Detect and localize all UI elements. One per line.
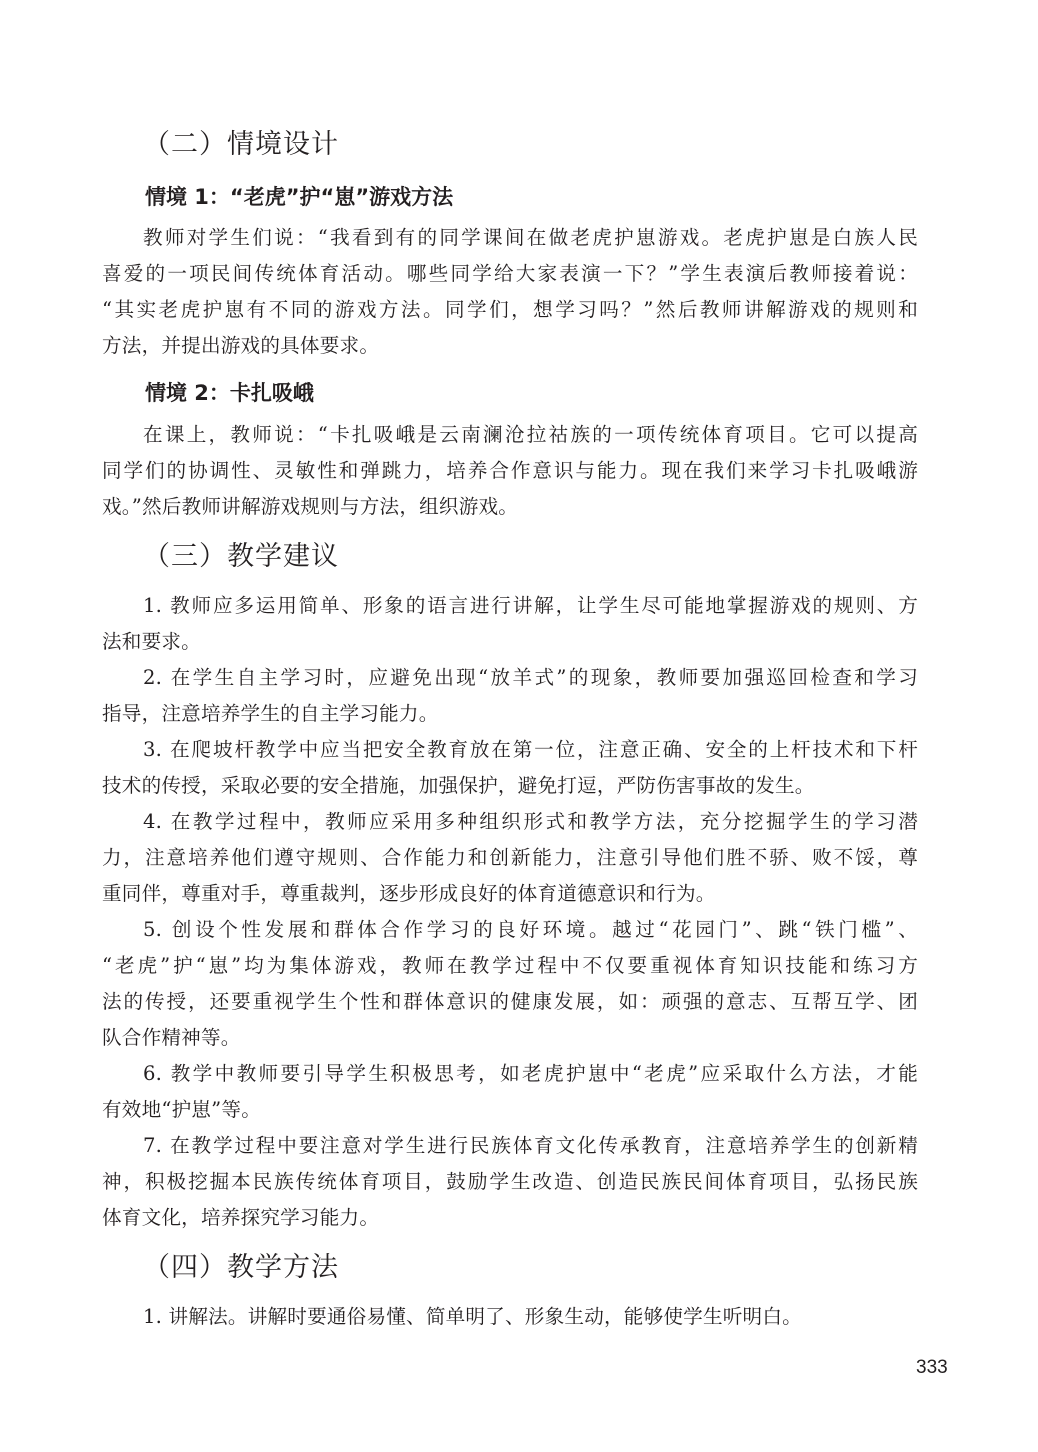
scenario-1-title: 情境 1：“老虎”护“崽”游戏方法: [145, 184, 453, 210]
section-heading-teaching-methods: （四）教学方法: [143, 1252, 339, 1284]
text-line: 1. 讲解法。讲解时要通俗易懂、简单明了、形象生动，能够使学生听明白。: [143, 1305, 918, 1329]
text-line: 法的传授，还要重视学生个性和群体意识的健康发展，如：顽强的意志、互帮互学、团: [102, 990, 918, 1014]
text-line: “其实老虎护崽有不同的游戏方法。同学们，想学习吗？”然后教师讲解游戏的规则和: [102, 298, 918, 322]
text-line: 指导，注意培养学生的自主学习能力。: [102, 702, 918, 726]
text-line: 重同伴，尊重对手，尊重裁判，逐步形成良好的体育道德意识和行为。: [102, 882, 918, 906]
section-heading-teaching-suggestions: （三）教学建议: [143, 541, 339, 573]
text-line: 戏。”然后教师讲解游戏规则与方法，组织游戏。: [102, 495, 918, 519]
text-line: 7. 在教学过程中要注意对学生进行民族体育文化传承教育，注意培养学生的创新精: [143, 1134, 918, 1158]
scenario-2-title: 情境 2：卡扎吸峨: [145, 380, 314, 406]
text-line: 方法，并提出游戏的具体要求。: [102, 334, 918, 358]
text-line: 5. 创设个性发展和群体合作学习的良好环境。越过“花园门”、跳“铁门槛”、: [143, 918, 918, 942]
text-line: 2. 在学生自主学习时，应避免出现“放羊式”的现象，教师要加强巡回检查和学习: [143, 666, 918, 690]
text-line: 有效地“护崽”等。: [102, 1098, 918, 1122]
text-line: 同学们的协调性、灵敏性和弹跳力，培养合作意识与能力。现在我们来学习卡扎吸峨游: [102, 459, 918, 483]
text-line: 力，注意培养他们遵守规则、合作能力和创新能力，注意引导他们胜不骄、败不馁，尊: [102, 846, 918, 870]
page-number: 333: [916, 1356, 948, 1380]
text-line: 技术的传授，采取必要的安全措施，加强保护，避免打逗，严防伤害事故的发生。: [102, 774, 918, 798]
text-line: 喜爱的一项民间传统体育活动。哪些同学给大家表演一下？”学生表演后教师接着说：: [102, 262, 918, 286]
text-line: 4. 在教学过程中，教师应采用多种组织形式和教学方法，充分挖掘学生的学习潜: [143, 810, 918, 834]
text-line: 1. 教师应多运用简单、形象的语言进行讲解，让学生尽可能地掌握游戏的规则、方: [143, 594, 918, 618]
text-line: 神，积极挖掘本民族传统体育项目，鼓励学生改造、创造民族民间体育项目，弘扬民族: [102, 1170, 918, 1194]
section-heading-scenario-design: （二）情境设计: [143, 129, 339, 161]
text-line: 教师对学生们说：“我看到有的同学课间在做老虎护崽游戏。老虎护崽是白族人民: [143, 226, 918, 250]
text-line: “老虎”护“崽”均为集体游戏，教师在教学过程中不仅要重视体育知识技能和练习方: [102, 954, 918, 978]
text-line: 6. 教学中教师要引导学生积极思考，如老虎护崽中“老虎”应采取什么方法，才能: [143, 1062, 918, 1086]
text-line: 法和要求。: [102, 630, 918, 654]
text-line: 队合作精神等。: [102, 1026, 918, 1050]
text-line: 在课上，教师说：“卡扎吸峨是云南澜沧拉祜族的一项传统体育项目。它可以提高: [143, 423, 918, 447]
text-line: 体育文化，培养探究学习能力。: [102, 1206, 918, 1230]
text-line: 3. 在爬坡杆教学中应当把安全教育放在第一位，注意正确、安全的上杆技术和下杆: [143, 738, 918, 762]
document-page: （二）情境设计 情境 1：“老虎”护“崽”游戏方法 教师对学生们说：“我看到有的…: [0, 0, 1038, 1452]
